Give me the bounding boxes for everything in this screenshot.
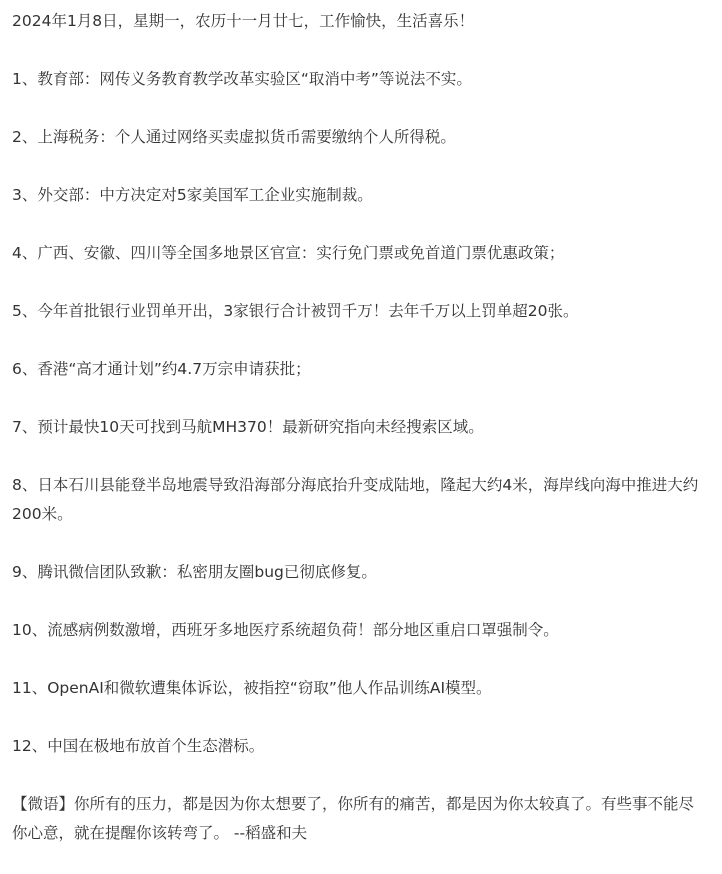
news-item-12: 12、中国在极地布放首个生态潜标。	[12, 732, 700, 761]
news-item-11: 11、OpenAI和微软遭集体诉讼，被指控“窃取”他人作品训练AI模型。	[12, 674, 700, 703]
greeting-line: 2024年1月8日，星期一，农历十一月廿七，工作愉快，生活喜乐！	[12, 7, 700, 36]
news-item-8: 8、日本石川县能登半岛地震导致沿海部分海底抬升变成陆地，隆起大约4米，海岸线向海…	[12, 471, 702, 529]
news-item-7: 7、预计最快10天可找到马航MH370！最新研究指向未经搜索区域。	[12, 413, 700, 442]
news-article: 2024年1月8日，星期一，农历十一月廿七，工作愉快，生活喜乐！ 1、教育部：网…	[0, 0, 700, 848]
news-item-2: 2、上海税务：个人通过网络买卖虚拟货币需要缴纳个人所得税。	[12, 123, 700, 152]
news-item-6: 6、香港“高才通计划”约4.7万宗申请获批；	[12, 355, 700, 384]
daily-quote: 【微语】你所有的压力，都是因为你太想要了，你所有的痛苦，都是因为你太较真了。有些…	[12, 790, 702, 848]
news-item-1: 1、教育部：网传义务教育教学改革实验区“取消中考”等说法不实。	[12, 65, 700, 94]
news-item-10: 10、流感病例数激增，西班牙多地医疗系统超负荷！部分地区重启口罩强制令。	[12, 616, 700, 645]
news-item-9: 9、腾讯微信团队致歉：私密朋友圈bug已彻底修复。	[12, 558, 700, 587]
news-item-4: 4、广西、安徽、四川等全国多地景区官宣：实行免门票或免首道门票优惠政策；	[12, 239, 700, 268]
news-item-5: 5、今年首批银行业罚单开出，3家银行合计被罚千万！去年千万以上罚单超20张。	[12, 297, 700, 326]
news-item-3: 3、外交部：中方决定对5家美国军工企业实施制裁。	[12, 181, 700, 210]
